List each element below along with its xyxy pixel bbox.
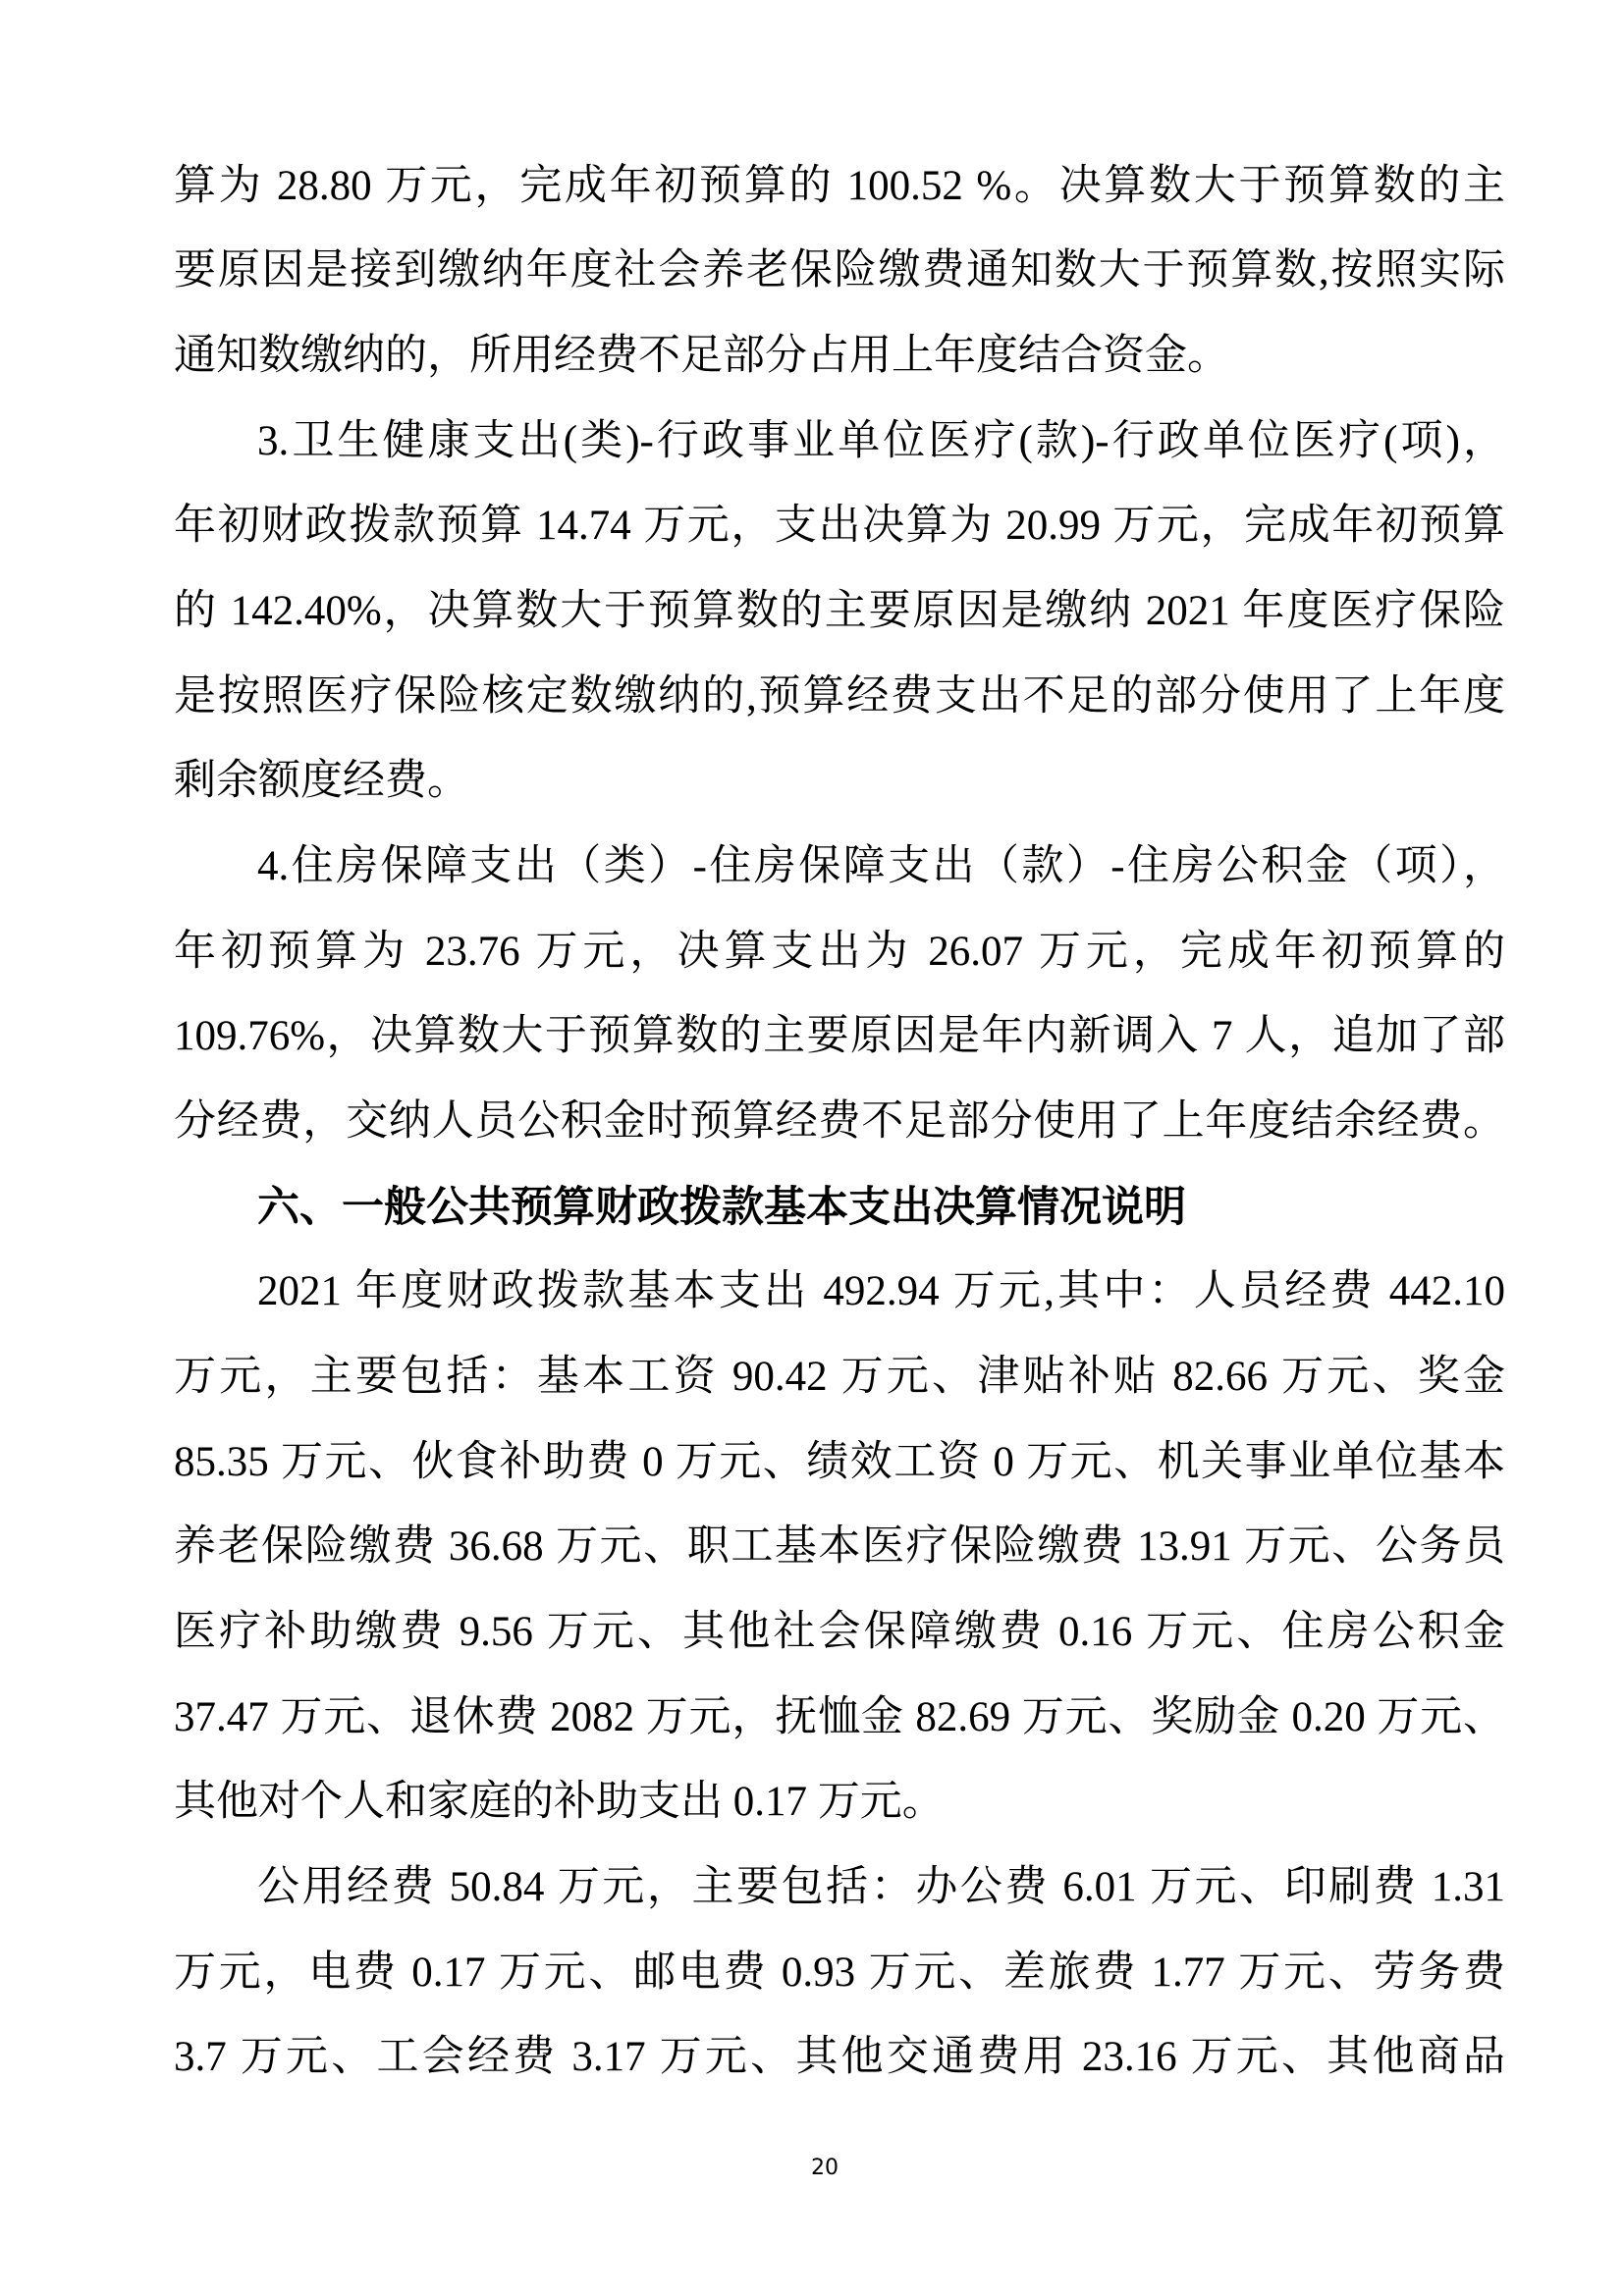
text-line: 的 142.40%，决算数大于预算数的主要原因是缴纳 2021 年度医疗保险 (174, 569, 1505, 655)
paragraph-health-expenditure: 3.卫生健康支出(类)-行政事业单位医疗(款)-行政单位医疗(项)， 年初财政拨… (174, 400, 1505, 825)
paragraph-pension-continuation: 算为 28.80 万元，完成年初预算的 100.52 %。决算数大于预算数的主 … (174, 144, 1505, 400)
text-line: 公用经费 50.84 万元，主要包括：办公费 6.01 万元、印刷费 1.31 (174, 1845, 1505, 1931)
text-line: 4.住房保障支出（类）-住房保障支出（款）-住房公积金（项）， (174, 825, 1505, 910)
text-line: 37.47 万元、退休费 2082 万元，抚恤金 82.69 万元、奖励金 0.… (174, 1676, 1505, 1761)
text-line: 万元，电费 0.17 万元、邮电费 0.93 万元、差旅费 1.77 万元、劳务… (174, 1931, 1505, 2016)
paragraph-public-expenses: 公用经费 50.84 万元，主要包括：办公费 6.01 万元、印刷费 1.31 … (174, 1845, 1505, 2101)
text-line: 算为 28.80 万元，完成年初预算的 100.52 %。决算数大于预算数的主 (174, 144, 1505, 230)
text-line: 是按照医疗保险核定数缴纳的,预算经费支出不足的部分使用了上年度 (174, 655, 1505, 740)
text-line: 85.35 万元、伙食补助费 0 万元、绩效工资 0 万元、机关事业单位基本 (174, 1420, 1505, 1506)
document-page: 算为 28.80 万元，完成年初预算的 100.52 %。决算数大于预算数的主 … (0, 0, 1624, 2296)
text-line: 3.7 万元、工会经费 3.17 万元、其他交通费用 23.16 万元、其他商品 (174, 2015, 1505, 2101)
text-line: 剩余额度经费。 (174, 739, 1505, 825)
text-line: 年初预算为 23.76 万元，决算支出为 26.07 万元，完成年初预算的 (174, 910, 1505, 995)
text-line: 其他对个人和家庭的补助支出 0.17 万元。 (174, 1760, 1505, 1845)
text-line: 2021 年度财政拨款基本支出 492.94 万元,其中：人员经费 442.10 (174, 1250, 1505, 1335)
text-line: 养老保险缴费 36.68 万元、职工基本医疗保险缴费 13.91 万元、公务员 (174, 1505, 1505, 1590)
page-number: 20 (0, 2156, 1624, 2180)
paragraph-basic-expenditure: 2021 年度财政拨款基本支出 492.94 万元,其中：人员经费 442.10… (174, 1250, 1505, 1845)
text-line: 3.卫生健康支出(类)-行政事业单位医疗(款)-行政单位医疗(项)， (174, 400, 1505, 485)
text-line: 医疗补助缴费 9.56 万元、其他社会保障缴费 0.16 万元、住房公积金 (174, 1590, 1505, 1676)
section-heading: 六、一般公共预算财政拨款基本支出决算情况说明 (174, 1165, 1505, 1251)
text-line: 万元，主要包括：基本工资 90.42 万元、津贴补贴 82.66 万元、奖金 (174, 1335, 1505, 1420)
text-line: 年初财政拨款预算 14.74 万元，支出决算为 20.99 万元，完成年初预算 (174, 484, 1505, 569)
text-line: 通知数缴纳的，所用经费不足部分占用上年度结合资金。 (174, 314, 1505, 400)
document-body: 算为 28.80 万元，完成年初预算的 100.52 %。决算数大于预算数的主 … (174, 144, 1505, 2101)
paragraph-housing-expenditure: 4.住房保障支出（类）-住房保障支出（款）-住房公积金（项）， 年初预算为 23… (174, 825, 1505, 1165)
text-line: 109.76%，决算数大于预算数的主要原因是年内新调入 7 人，追加了部 (174, 994, 1505, 1080)
text-line: 分经费，交纳人员公积金时预算经费不足部分使用了上年度结余经费。 (174, 1080, 1505, 1165)
text-line: 要原因是接到缴纳年度社会养老保险缴费通知数大于预算数,按照实际 (174, 229, 1505, 314)
